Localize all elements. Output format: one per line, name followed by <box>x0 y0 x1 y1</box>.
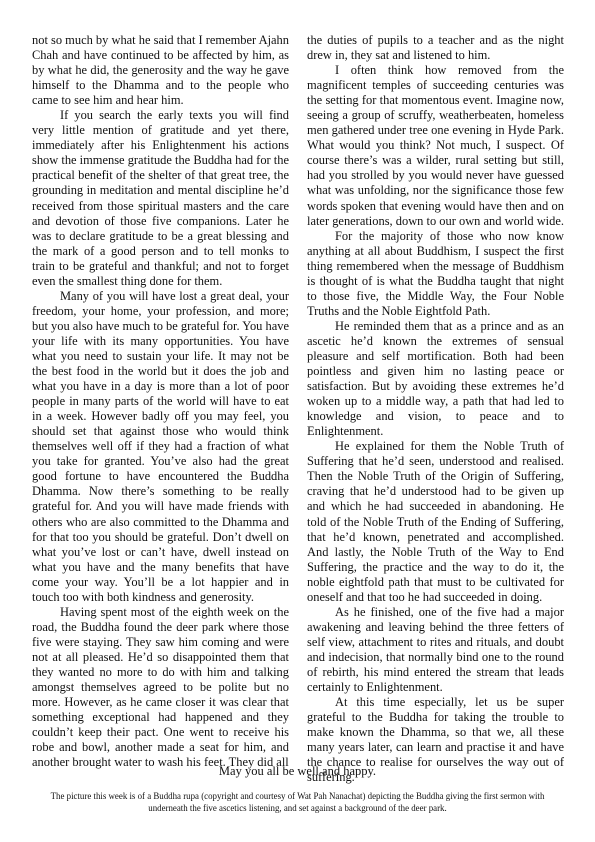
paragraph: He explained for them the Noble Truth of… <box>307 439 564 605</box>
right-column: the duties of pupils to a teacher and as… <box>307 33 564 785</box>
paragraph: Having spent most of the eighth week on … <box>32 605 289 771</box>
picture-caption: The picture this week is of a Buddha rup… <box>40 791 555 814</box>
paragraph: If you search the early texts you will f… <box>32 108 289 289</box>
paragraph: the duties of pupils to a teacher and as… <box>307 33 564 63</box>
paragraph: Many of you will have lost a great deal,… <box>32 289 289 605</box>
paragraph: He reminded them that as a prince and as… <box>307 319 564 439</box>
closing-blessing: May you all be well and happy. <box>0 764 595 779</box>
two-column-body: not so much by what he said that I remem… <box>32 33 564 785</box>
document-page: not so much by what he said that I remem… <box>0 0 595 842</box>
paragraph: I often think how removed from the magni… <box>307 63 564 229</box>
paragraph: As he finished, one of the five had a ma… <box>307 605 564 695</box>
paragraph: not so much by what he said that I remem… <box>32 33 289 108</box>
left-column: not so much by what he said that I remem… <box>32 33 289 785</box>
paragraph: For the majority of those who now know a… <box>307 229 564 319</box>
